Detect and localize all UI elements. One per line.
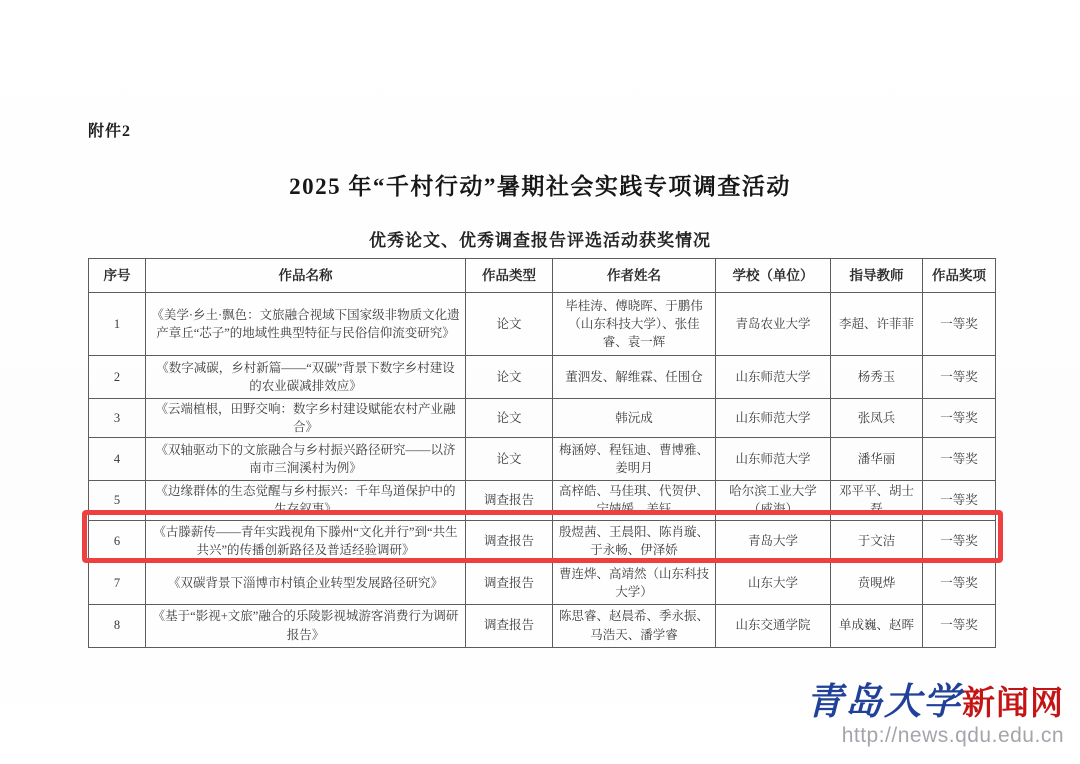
cell-work-title: 《基于“影视+文旅”融合的乐陵影视城游客消费行为调研报告》 xyxy=(146,604,466,647)
table-row: 3 《云端植根，田野交响：数字乡村建设赋能农村产业融合》 论文 韩沅成 山东师范… xyxy=(89,399,996,438)
document-subtitle: 优秀论文、优秀调查报告评选活动获奖情况 xyxy=(0,226,1080,251)
col-header-award: 作品奖项 xyxy=(923,259,996,293)
cell-work-title: 《边缘群体的生态觉醒与乡村振兴：千年鸟道保护中的生存叙事》 xyxy=(146,481,466,520)
cell-award: 一等奖 xyxy=(923,520,996,562)
site-url: http://news.qdu.edu.cn xyxy=(724,725,1064,747)
cell-advisor: 潘华丽 xyxy=(831,438,923,481)
cell-work-type: 调查报告 xyxy=(466,562,553,604)
cell-work-title: 《云端植根，田野交响：数字乡村建设赋能农村产业融合》 xyxy=(146,399,466,438)
cell-award: 一等奖 xyxy=(923,562,996,604)
cell-advisor: 李超、许菲菲 xyxy=(831,293,923,356)
cell-award: 一等奖 xyxy=(923,604,996,647)
cell-school: 山东师范大学 xyxy=(716,399,831,438)
cell-award: 一等奖 xyxy=(923,399,996,438)
news-site-watermark: 青岛大学新闻网 http://news.qdu.edu.cn xyxy=(724,684,1064,747)
cell-award: 一等奖 xyxy=(923,438,996,481)
cell-authors: 曹连烨、高靖然（山东科技大学） xyxy=(553,562,716,604)
cell-authors: 董泗发、解维霖、任围仓 xyxy=(553,356,716,399)
col-header-no: 序号 xyxy=(89,259,146,293)
cell-school: 哈尔滨工业大学（威海） xyxy=(716,481,831,520)
cell-no: 6 xyxy=(89,520,146,562)
cell-advisor: 杨秀玉 xyxy=(831,356,923,399)
document-title: 2025 年“千村行动”暑期社会实践专项调查活动 xyxy=(0,168,1080,201)
table-row: 4 《双轴驱动下的文旅融合与乡村振兴路径研究——以济南市三涧溪村为例》 论文 梅… xyxy=(89,438,996,481)
cell-school: 青岛大学 xyxy=(716,520,831,562)
cell-work-type: 论文 xyxy=(466,399,553,438)
col-header-school: 学校（单位） xyxy=(716,259,831,293)
cell-authors: 陈思睿、赵晨希、季永振、马浩天、潘学睿 xyxy=(553,604,716,647)
cell-work-type: 论文 xyxy=(466,438,553,481)
cell-award: 一等奖 xyxy=(923,293,996,356)
table-row: 7 《双碳背景下淄博市村镇企业转型发展路径研究》 调查报告 曹连烨、高靖然（山东… xyxy=(89,562,996,604)
cell-authors: 殷煜茜、王晨阳、陈肖璇、于永畅、伊泽娇 xyxy=(553,520,716,562)
cell-advisor: 单成巍、赵晖 xyxy=(831,604,923,647)
cell-no: 3 xyxy=(89,399,146,438)
site-name-red: 新闻网 xyxy=(962,683,1064,722)
document-page: 附件2 2025 年“千村行动”暑期社会实践专项调查活动 优秀论文、优秀调查报告… xyxy=(0,0,1080,764)
cell-authors: 梅涵婷、程钰迪、曹博雅、姜明月 xyxy=(553,438,716,481)
cell-work-type: 调查报告 xyxy=(466,520,553,562)
table-row-highlighted: 6 《古滕薪传——青年实践视角下滕州“文化并行”到“共生共兴”的传播创新路径及普… xyxy=(89,520,996,562)
cell-school: 山东交通学院 xyxy=(716,604,831,647)
cell-work-title: 《双碳背景下淄博市村镇企业转型发展路径研究》 xyxy=(146,562,466,604)
cell-work-title: 《双轴驱动下的文旅融合与乡村振兴路径研究——以济南市三涧溪村为例》 xyxy=(146,438,466,481)
table-row: 8 《基于“影视+文旅”融合的乐陵影视城游客消费行为调研报告》 调查报告 陈思睿… xyxy=(89,604,996,647)
cell-school: 山东师范大学 xyxy=(716,438,831,481)
cell-work-title: 《古滕薪传——青年实践视角下滕州“文化并行”到“共生共兴”的传播创新路径及普适经… xyxy=(146,520,466,562)
cell-work-type: 调查报告 xyxy=(466,481,553,520)
award-table: 序号 作品名称 作品类型 作者姓名 学校（单位） 指导教师 作品奖项 1 《美学… xyxy=(88,258,996,648)
cell-no: 7 xyxy=(89,562,146,604)
cell-award: 一等奖 xyxy=(923,481,996,520)
cell-work-title: 《美学·乡土·飘色：文旅融合视域下国家级非物质文化遗产章丘“芯子”的地域性典型特… xyxy=(146,293,466,356)
table-row: 5 《边缘群体的生态觉醒与乡村振兴：千年鸟道保护中的生存叙事》 调查报告 高梓皓… xyxy=(89,481,996,520)
cell-advisor: 邓平平、胡士磊 xyxy=(831,481,923,520)
col-header-work-type: 作品类型 xyxy=(466,259,553,293)
cell-no: 5 xyxy=(89,481,146,520)
col-header-authors: 作者姓名 xyxy=(553,259,716,293)
cell-authors: 韩沅成 xyxy=(553,399,716,438)
cell-advisor: 张凤兵 xyxy=(831,399,923,438)
cell-advisor: 于文洁 xyxy=(831,520,923,562)
attachment-label: 附件2 xyxy=(88,118,131,141)
cell-authors: 高梓皓、马佳琪、代贺伊、宁婧媛、羌钰 xyxy=(553,481,716,520)
cell-award: 一等奖 xyxy=(923,356,996,399)
cell-work-type: 论文 xyxy=(466,293,553,356)
cell-advisor: 贲晛烨 xyxy=(831,562,923,604)
cell-work-type: 论文 xyxy=(466,356,553,399)
table-header-row: 序号 作品名称 作品类型 作者姓名 学校（单位） 指导教师 作品奖项 xyxy=(89,259,996,293)
table-row: 1 《美学·乡土·飘色：文旅融合视域下国家级非物质文化遗产章丘“芯子”的地域性典… xyxy=(89,293,996,356)
table-row: 2 《数字减碳，乡村新篇——“双碳”背景下数字乡村建设的农业碳减排效应》 论文 … xyxy=(89,356,996,399)
cell-work-title: 《数字减碳，乡村新篇——“双碳”背景下数字乡村建设的农业碳减排效应》 xyxy=(146,356,466,399)
cell-no: 4 xyxy=(89,438,146,481)
cell-school: 青岛农业大学 xyxy=(716,293,831,356)
site-name-blue: 青岛大学 xyxy=(806,682,962,723)
col-header-work-title: 作品名称 xyxy=(146,259,466,293)
cell-work-type: 调查报告 xyxy=(466,604,553,647)
cell-school: 山东师范大学 xyxy=(716,356,831,399)
cell-school: 山东大学 xyxy=(716,562,831,604)
cell-no: 2 xyxy=(89,356,146,399)
cell-no: 8 xyxy=(89,604,146,647)
cell-authors: 毕桂涛、傅晓晖、于鹏伟（山东科技大学）、张佳睿、袁一辉 xyxy=(553,293,716,356)
cell-no: 1 xyxy=(89,293,146,356)
col-header-advisor: 指导教师 xyxy=(831,259,923,293)
